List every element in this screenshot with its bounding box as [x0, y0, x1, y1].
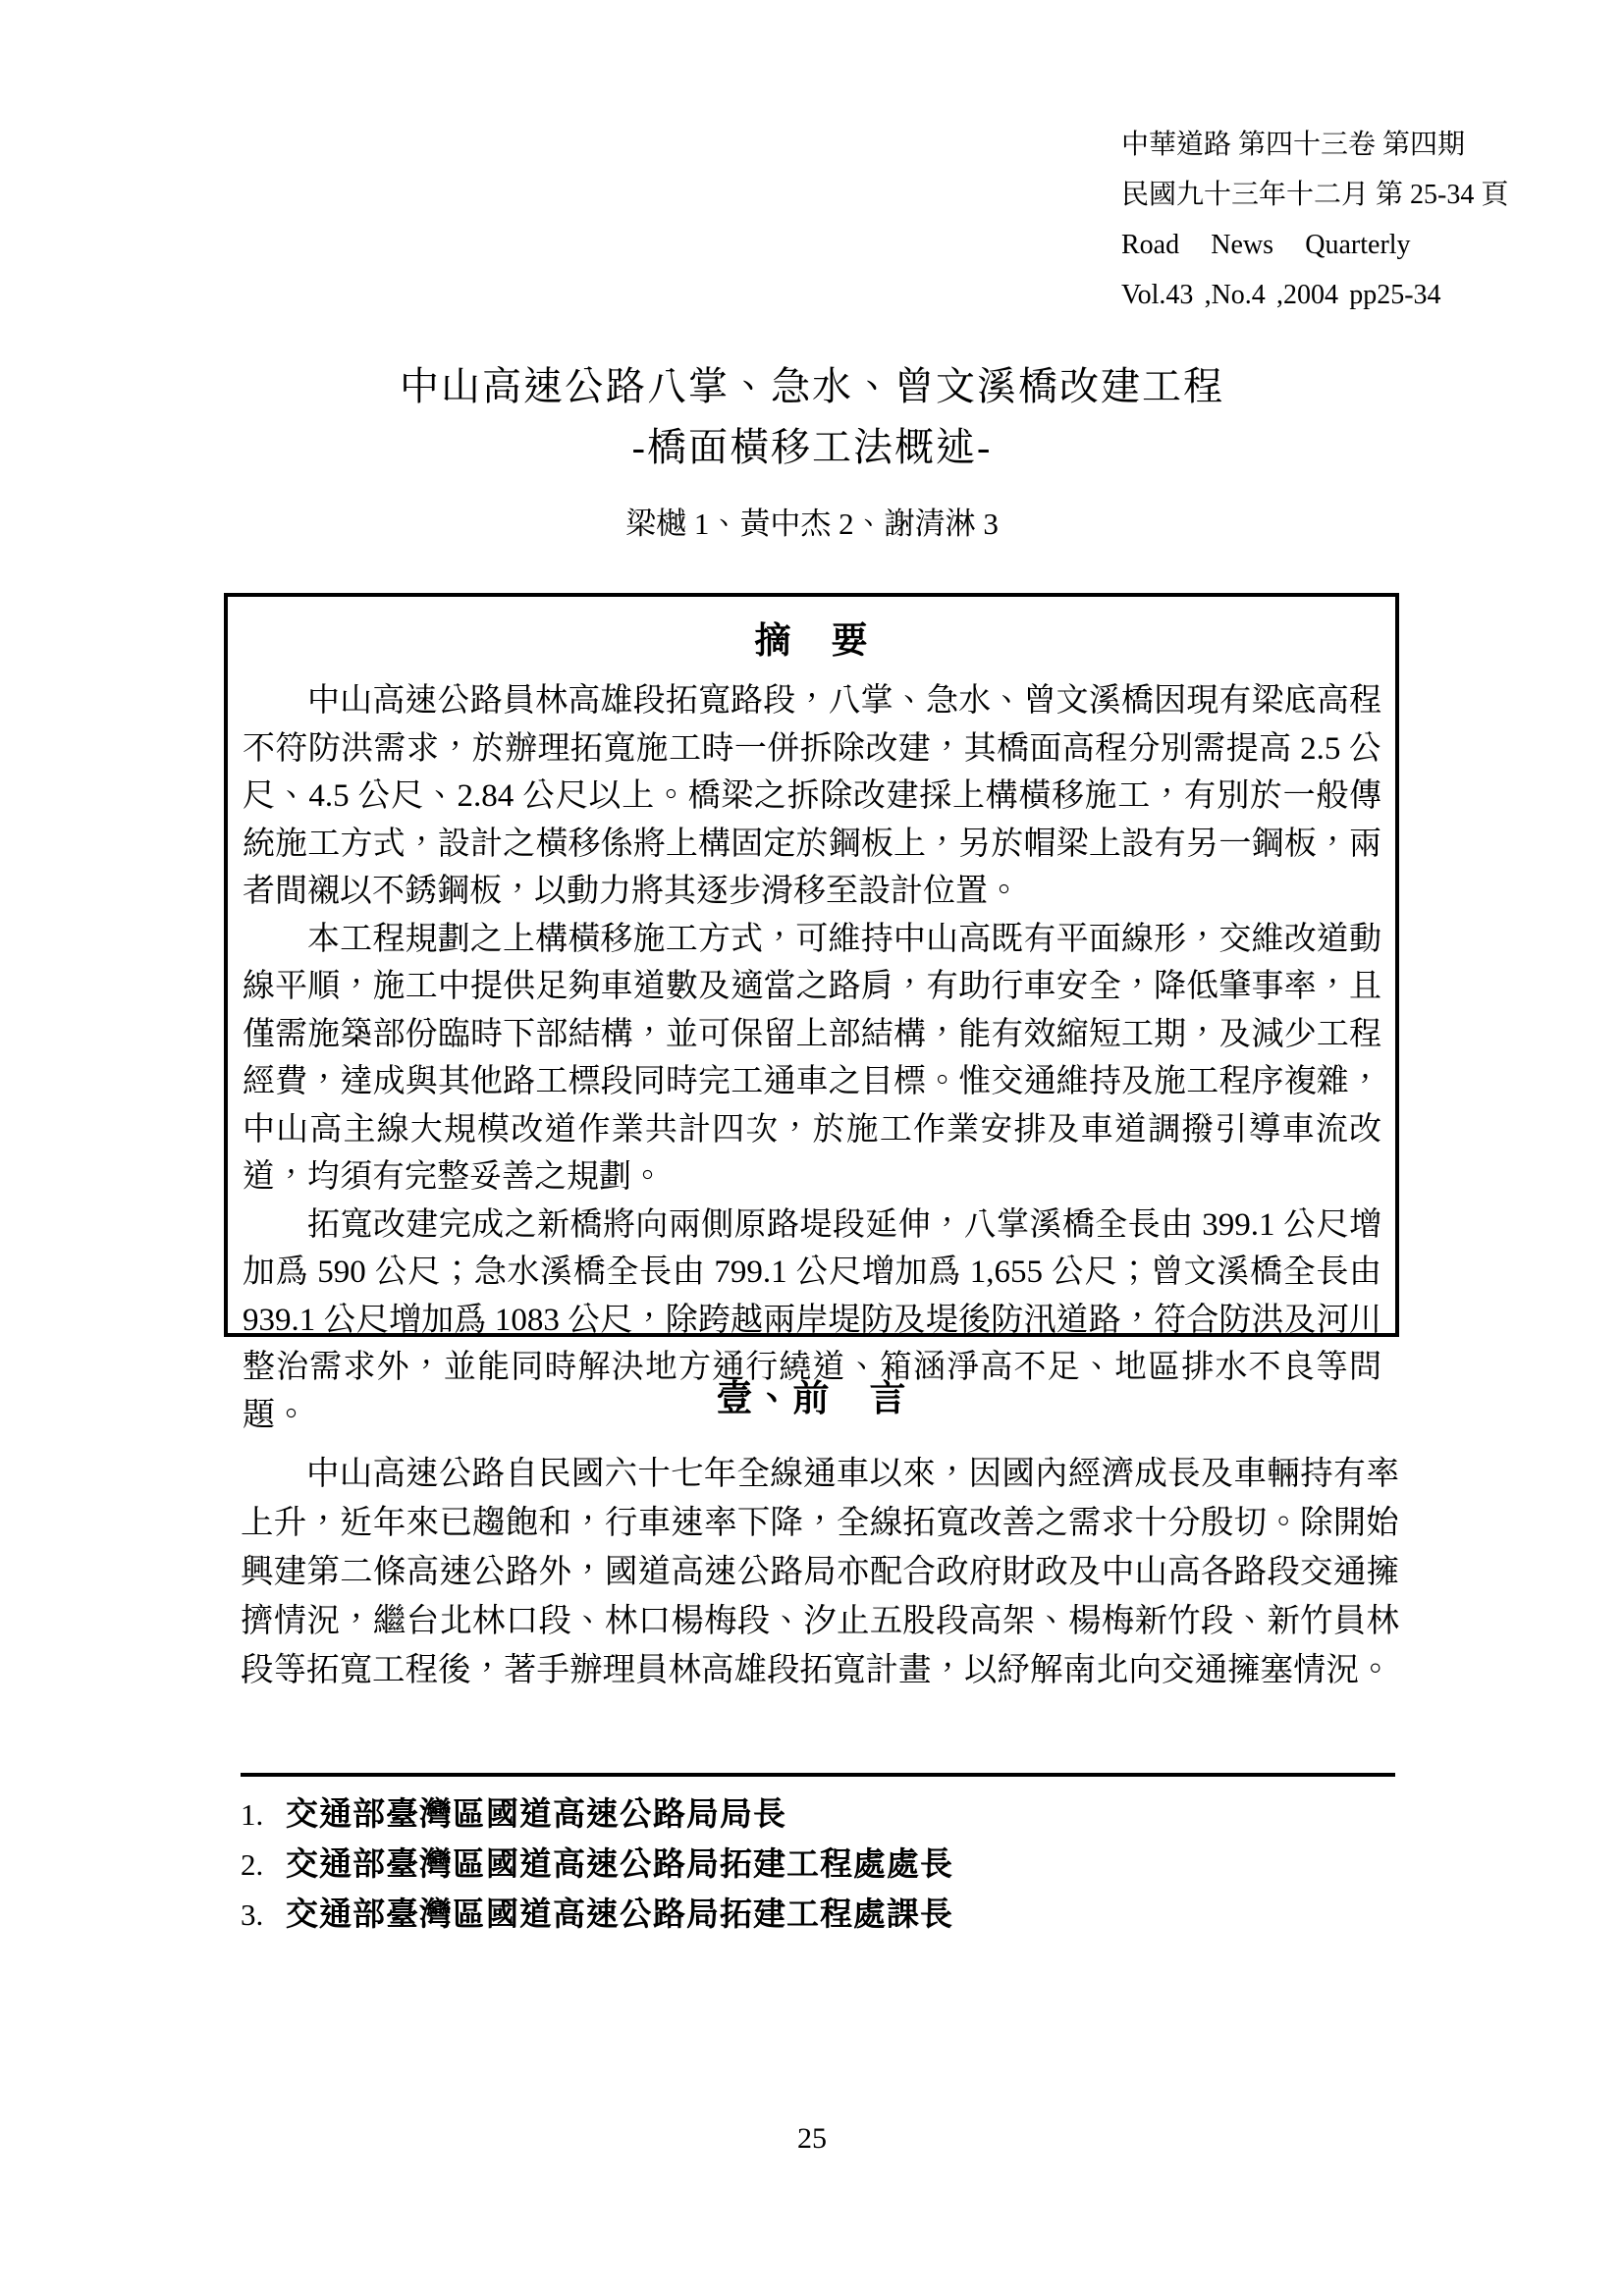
footnote-item: 2. 交通部臺灣區國道高速公路局拓建工程處處長	[241, 1839, 1399, 1889]
footnote-item: 3. 交通部臺灣區國道高速公路局拓建工程處課長	[241, 1889, 1399, 1939]
abstract-paragraph-2: 本工程規劃之上構橫移施工方式，可維持中山高既有平面線形，交維改道動線平順，施工中…	[243, 916, 1381, 1201]
paper-title: 中山高速公路八掌、急水、曾文溪橋改建工程 -橋面橫移工法概述-	[0, 356, 1624, 478]
journal-english-volume: Vol.43 ,No.4 ,2004 pp25-34	[1121, 270, 1514, 320]
footnote-number: 2.	[241, 1847, 286, 1883]
footnote-number: 1.	[241, 1797, 286, 1833]
footnote-text: 交通部臺灣區國道高速公路局拓建工程處課長	[286, 1889, 953, 1935]
journal-info-block: 中華道路 第四十三卷 第四期 民國九十三年十二月 第 25-34 頁 Road …	[1121, 120, 1514, 320]
footnote-number: 3.	[241, 1897, 286, 1933]
footnote-divider-rule	[241, 1773, 1395, 1777]
authors-line: 梁樾 1、黃中杰 2、謝清淋 3	[0, 499, 1624, 543]
footnote-item: 1. 交通部臺灣區國道高速公路局局長	[241, 1789, 1399, 1839]
page-number: 25	[0, 2122, 1624, 2156]
footnotes-block: 1. 交通部臺灣區國道高速公路局局長 2. 交通部臺灣區國道高速公路局拓建工程處…	[241, 1789, 1399, 1939]
journal-date-line: 民國九十三年十二月 第 25-34 頁	[1121, 170, 1514, 220]
footnote-text: 交通部臺灣區國道高速公路局局長	[286, 1789, 786, 1835]
abstract-box: 摘 要 中山高速公路員林高雄段拓寬路段，八掌、急水、曾文溪橋因現有梁底高程不符防…	[224, 593, 1399, 1337]
paper-title-subtitle: -橋面橫移工法概述-	[632, 425, 993, 469]
abstract-paragraph-1: 中山高速公路員林高雄段拓寬路段，八掌、急水、曾文溪橋因現有梁底高程不符防洪需求，…	[243, 677, 1381, 916]
introduction-paragraph: 中山高速公路自民國六十七年全線通車以來，因國內經濟成長及車輛持有率上升，近年來已…	[241, 1450, 1399, 1695]
document-page: 中華道路 第四十三卷 第四期 民國九十三年十二月 第 25-34 頁 Road …	[0, 0, 1624, 2296]
footnote-text: 交通部臺灣區國道高速公路局拓建工程處處長	[286, 1839, 953, 1885]
section-1-heading: 壹、前 言	[0, 1368, 1624, 1421]
abstract-heading: 摘 要	[243, 611, 1381, 664]
journal-english-name: Road News Quarterly	[1121, 220, 1514, 270]
journal-volume-line: 中華道路 第四十三卷 第四期	[1121, 120, 1514, 170]
paper-title-line1: 中山高速公路八掌、急水、曾文溪橋改建工程	[400, 364, 1224, 408]
